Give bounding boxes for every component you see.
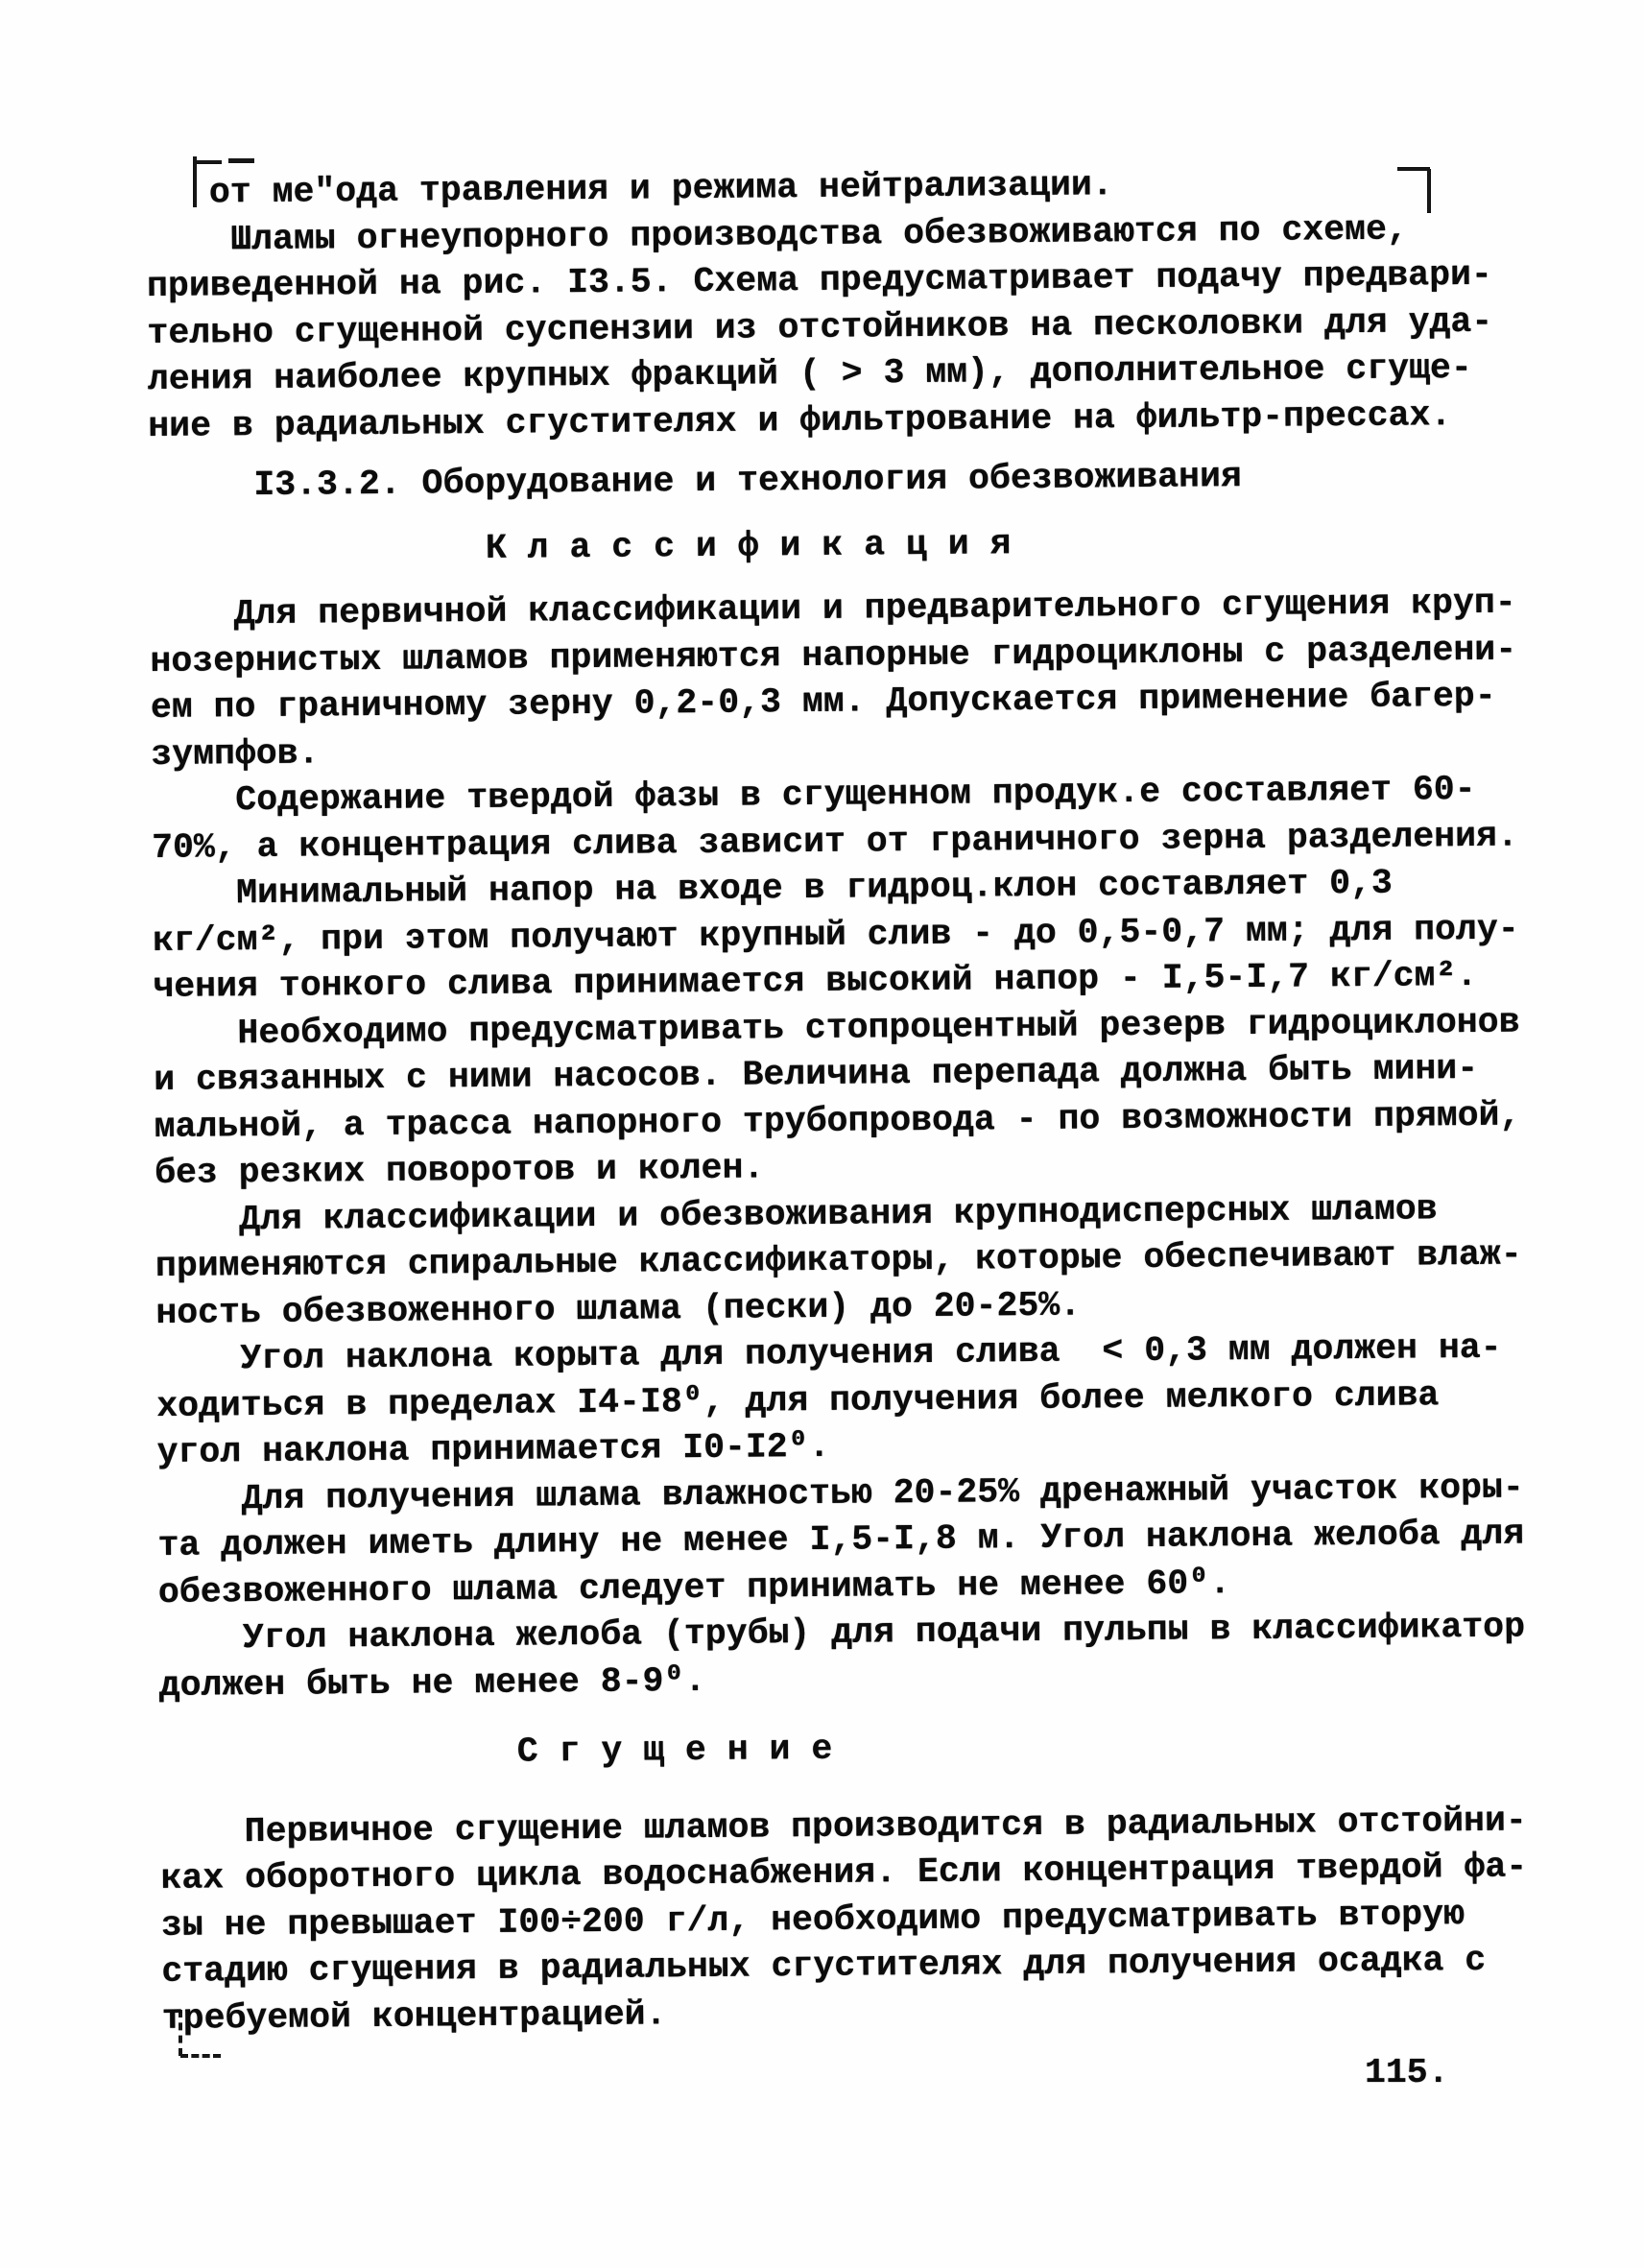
crop-mark-top-left-horizontal	[196, 160, 222, 164]
crop-mark-top-left-dash	[228, 158, 254, 163]
page-number: 115.	[1365, 2050, 1449, 2096]
text-block: от ме"ода травления и режима нейтрализац…	[146, 159, 1529, 2042]
text-line: С г у щ е н и е	[159, 1721, 1526, 1779]
scanned-page: от ме"ода травления и режима нейтрализац…	[0, 0, 1644, 2268]
text-line: К л а с с и ф и к а ц и я	[149, 516, 1515, 575]
crop-mark-bottom-left-horizontal	[180, 2054, 221, 2058]
text-line: I3.3.2. Оборудование и технология обезво…	[149, 452, 1515, 511]
